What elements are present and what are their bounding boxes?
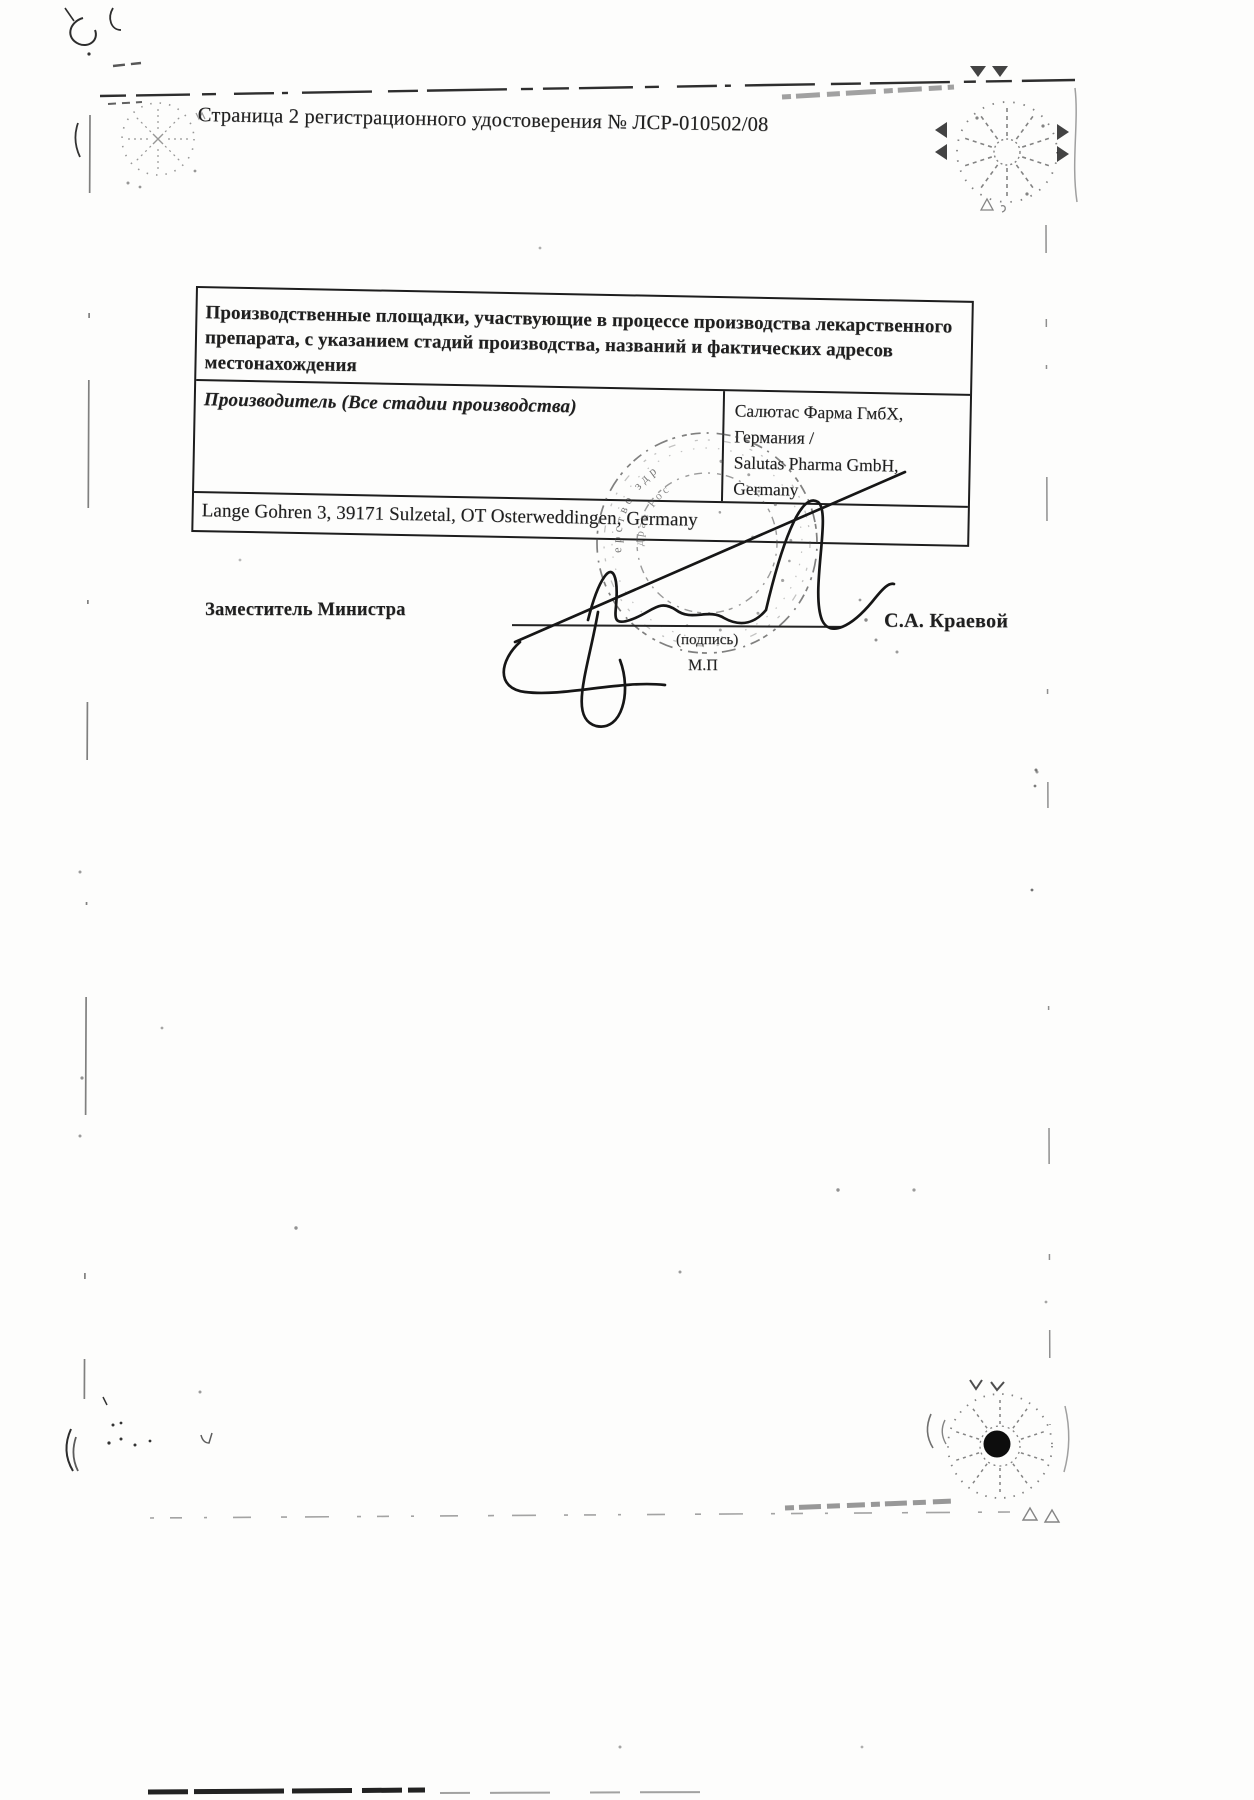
scan-border-right-dashes — [1022, 210, 1067, 1460]
table-header-cell: Производственные площадки, участвующие в… — [196, 288, 972, 396]
guilloche-rosette-bottom-right-icon — [915, 1370, 1085, 1540]
scan-edge-bottom-marks — [140, 1786, 880, 1800]
scan-noise-speckles — [0, 0, 1254, 1800]
scan-border-left-dashes — [70, 95, 112, 1495]
producer-label-cell: Производитель (Все стадии производства) — [194, 381, 725, 501]
scan-artifact-top-left — [55, 0, 185, 80]
table-row-producer: Производитель (Все стадии производства) … — [194, 381, 970, 508]
page-title: Страница 2 регистрационного удостоверени… — [198, 103, 858, 140]
scan-artifact-bottom-left — [55, 1395, 265, 1495]
signer-name: С.А. Краевой — [884, 610, 1008, 634]
signer-title: Заместитель Министра — [205, 600, 406, 621]
producer-value-en: Salutas Pharma GmbH, Germany — [733, 449, 965, 505]
guilloche-rosette-top-right-icon — [925, 60, 1085, 225]
producer-value-ru: Салютас Фарма ГмбХ, Германия / — [734, 397, 966, 453]
signature-caption: (подпись) — [676, 632, 738, 649]
production-sites-table: Производственные площадки, участвующие в… — [191, 286, 974, 547]
producer-value-cell: Салютас Фарма ГмбХ, Германия / Salutas P… — [723, 391, 970, 506]
signature-line — [512, 624, 842, 628]
seal-place-label: М.П — [688, 657, 718, 675]
scanned-document-page: Страница 2 регистрационного удостоверени… — [0, 0, 1254, 1800]
stamp-ink-blot — [984, 1431, 1011, 1458]
scan-border-bottom-dashes — [130, 1490, 1080, 1535]
